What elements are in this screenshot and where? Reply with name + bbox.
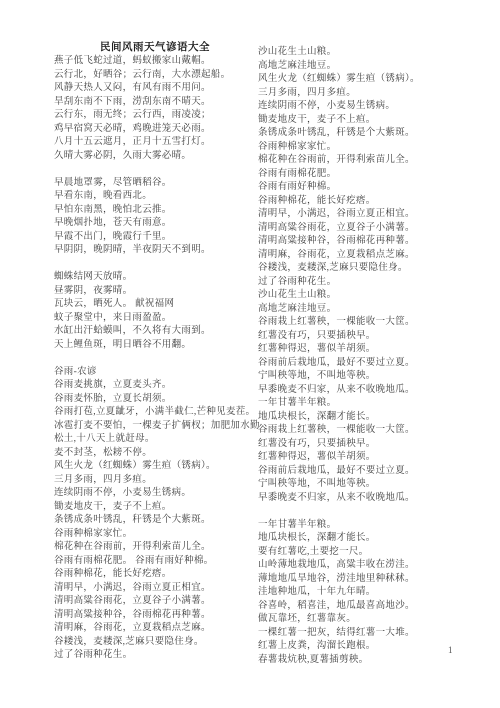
proverb-line — [258, 505, 456, 519]
proverb-line: 红薯种得迟，薯似羊胡须。 — [258, 451, 456, 465]
proverb-line: 连续阴雨不停，小麦易生锈病。 — [258, 100, 456, 114]
proverb-line: 清明早，小满迟，谷雨立夏正相宜。 — [54, 582, 256, 596]
left-column-lines: 燕子低飞蛇过道，蚂蚁搬家山戴帽。云行北，好晒谷；云行南，大水漂起船。风静天热人又… — [54, 55, 256, 663]
proverb-line: 蜘蛛结网天放晴。 — [54, 271, 256, 285]
proverb-line — [54, 352, 256, 366]
proverb-line: 谷雨前后栽地瓜，最好不要过立夏。 — [258, 465, 456, 479]
page-number: 1 — [448, 644, 453, 657]
proverb-line: 瓦块云，晒死人。 献祝福网 — [54, 298, 256, 312]
proverb-line: 清明高粱接种谷，谷雨棉花再种薯。 — [258, 235, 456, 249]
proverb-line: 谷雨栽上红薯秧，一棵能收一大筐。 — [258, 424, 456, 438]
proverb-line: 谷耧浅，麦耧深,芝麻只要隐住身。 — [54, 636, 256, 650]
proverb-line: 旱刮东南不下雨，涝刮东南不晴天。 — [54, 96, 256, 110]
proverb-line: 水缸出汗蛤蟆叫，不久将有大雨到。 — [54, 325, 256, 339]
proverb-line: 谷耧浅，麦耧深,芝麻只要隐住身。 — [258, 262, 456, 276]
proverb-line: 早怕东南黑，晚怕北云推。 — [54, 204, 256, 218]
proverb-line: 棉花种在谷雨前，开得利索苗儿全。 — [54, 541, 256, 555]
proverb-line: 八月十五云遮月，正月十五雪打灯。 — [54, 136, 256, 150]
proverb-line: 清明麻，谷雨花，立夏栽稻点芝麻。 — [258, 249, 456, 263]
right-column-lines: 沙山花生土山粮。高地芝麻洼地豆。风生火龙（红蜘蛛）雾生疸（锈病）。三月多雨，四月… — [258, 46, 456, 667]
proverb-line: 地瓜块根长，深翻才能长。 — [258, 532, 456, 546]
proverb-line: 清明高粱接种谷，谷雨棉花再种薯。 — [54, 609, 256, 623]
proverb-line: 锄麦地皮干，麦子不上疸。 — [54, 501, 256, 515]
proverb-line — [54, 163, 256, 177]
proverb-line: 锄麦地皮干，麦子不上疸。 — [258, 114, 456, 128]
proverb-line: 风生火龙（红蜘蛛）雾生疸（锈病）。 — [54, 460, 256, 474]
proverb-line: 燕子低飞蛇过道，蚂蚁搬家山戴帽。 — [54, 55, 256, 69]
proverb-line: 谷雨有雨棉花肥。 谷雨有雨好种棉。 — [54, 555, 256, 569]
proverb-line: 早黍晚麦不归家，从来不收晚地瓜。 — [258, 384, 456, 398]
proverb-line: 连续阴雨不停，小麦易生锈病。 — [54, 487, 256, 501]
proverb-line: 宁叫秧等地，不叫地等秧。 — [258, 478, 456, 492]
proverb-line: 谷雨种棉家家忙。 — [54, 528, 256, 542]
proverb-line: 要有红薯吃,土要挖一尺。 — [258, 546, 456, 560]
proverb-line: 谷雨麦挑旗，立夏麦头齐。 — [54, 379, 256, 393]
proverb-line: 洼地种地瓜，十年九年晴。 — [258, 586, 456, 600]
proverb-line: 天上鲤鱼斑，明日晒谷不用翻。 — [54, 339, 256, 353]
proverb-line: 沙山花生土山粮。 — [258, 289, 456, 303]
proverb-line: 昼雾阴，夜雾晴。 — [54, 285, 256, 299]
proverb-line: 沙山花生土山粮。 — [258, 46, 456, 60]
proverb-line: 地瓜块根长，深翻才能长。 — [258, 411, 456, 425]
proverb-line: 谷雨打苞,立夏龇牙，小满半截仁,芒种见麦茬。 — [54, 406, 256, 420]
proverb-line: 谷雨-农谚 — [54, 366, 256, 380]
proverb-line: 一年甘薯半年粮。 — [258, 397, 456, 411]
proverb-line: 早晚烟扑地，苍天有雨意。 — [54, 217, 256, 231]
proverb-line: 清明早，小满迟，谷雨立夏正相宜。 — [258, 208, 456, 222]
proverb-line: 三月多雨，四月多疸。 — [54, 474, 256, 488]
proverb-line: 早霞不出门，晚霞行千里。 — [54, 231, 256, 245]
proverb-line: 春薯栽炕秧,夏薯插剪秧。 — [258, 654, 456, 668]
proverb-line: 清明麻，谷雨花，立夏栽稻点芝麻。 — [54, 622, 256, 636]
proverb-line: 久晴大雾必阴，久雨大雾必晴。 — [54, 150, 256, 164]
proverb-line: 谷雨麦怀胎，立夏长胡须。 — [54, 393, 256, 407]
proverb-line: 条锈成条叶锈乱，秆锈是个大紫斑。 — [54, 514, 256, 528]
proverb-line: 薄地地瓜旱地谷，涝洼地里种秫秫。 — [258, 573, 456, 587]
proverb-line: 谷雨有雨棉花肥。 — [258, 168, 456, 182]
proverb-line: 早看东南，晚看西北。 — [54, 190, 256, 204]
proverb-line: 做瓦靠坯，红薯靠灰。 — [258, 613, 456, 627]
proverb-line: 冰雹打麦不要怕，一棵麦子扩俩杈；加肥加水勤 — [54, 420, 256, 434]
proverb-line: 清明高粱谷雨花，立夏谷子小满薯。 — [258, 222, 456, 236]
page-title: 民间风雨天气谚语大全 — [54, 41, 256, 55]
proverb-line: 高地芝麻洼地豆。 — [258, 60, 456, 74]
proverb-line: 早黍晚麦不归家，从来不收晚地瓜。 — [258, 492, 456, 506]
proverb-line: 松土,十八天上就赶母。 — [54, 433, 256, 447]
proverb-line: 麦不封茎，松耪不停。 — [54, 447, 256, 461]
proverb-line: 风生火龙（红蜘蛛）雾生疸（锈病）。 — [258, 73, 456, 87]
proverb-line: 风静天热人又闷，有风有雨不用问。 — [54, 82, 256, 96]
proverb-line: 云行北，好晒谷；云行南，大水漂起船。 — [54, 69, 256, 83]
proverb-line: 谷雨有雨好种棉。 — [258, 181, 456, 195]
proverb-line: 宁叫秧等地，不叫地等秧。 — [258, 370, 456, 384]
document-page: 民间风雨天气谚语大全 燕子低飞蛇过道，蚂蚁搬家山戴帽。云行北，好晒谷；云行南，大… — [0, 0, 500, 708]
left-column: 民间风雨天气谚语大全 燕子低飞蛇过道，蚂蚁搬家山戴帽。云行北，好晒谷；云行南，大… — [54, 41, 256, 663]
proverb-line: 谷雨种棉花，能长好疙瘩。 — [258, 195, 456, 209]
proverb-line: 谷雨种棉家家忙。 — [258, 141, 456, 155]
proverb-line: 过了谷雨种花生。 — [54, 649, 256, 663]
proverb-line — [54, 258, 256, 272]
proverb-line: 高地芝麻洼地豆。 — [258, 303, 456, 317]
proverb-line: 谷雨栽上红薯秧，一棵能收一大筐。 — [258, 316, 456, 330]
proverb-line: 山岭薄地栽地瓜，高粱丰收在涝洼。 — [258, 559, 456, 573]
proverb-line: 谷雨种棉花，能长好疙瘩。 — [54, 568, 256, 582]
proverb-line: 蚊子聚堂中，来日雨盈盈。 — [54, 312, 256, 326]
proverb-line: 鸡早宿窝天必晴，鸡晚进笼天必雨。 — [54, 123, 256, 137]
proverb-line: 一棵红薯一把灰，结得红薯一大堆。 — [258, 627, 456, 641]
proverb-line: 清明高粱谷雨花，立夏谷子小满薯。 — [54, 595, 256, 609]
proverb-line: 一年甘薯半年粮。 — [258, 519, 456, 533]
right-column: 沙山花生土山粮。高地芝麻洼地豆。风生火龙（红蜘蛛）雾生疸（锈病）。三月多雨，四月… — [258, 46, 456, 667]
proverb-line: 三月多雨，四月多疸。 — [258, 87, 456, 101]
proverb-line: 棉花种在谷雨前，开得利索苗儿全。 — [258, 154, 456, 168]
proverb-line: 红薯种得迟，薯似羊胡须。 — [258, 343, 456, 357]
proverb-line: 云行东，雨无终；云行西，雨凌凌； — [54, 109, 256, 123]
proverb-line: 红薯上皮粪，沟溜长跑根。 — [258, 640, 456, 654]
proverb-line: 红薯没有巧，只要插秧早。 — [258, 438, 456, 452]
proverb-line: 过了谷雨种花生。 — [258, 276, 456, 290]
proverb-line: 谷雨前后栽地瓜，最好不要过立夏。 — [258, 357, 456, 371]
proverb-line: 早阴阴，晚阴晴，半夜阴天不到明。 — [54, 244, 256, 258]
proverb-line: 谷喜岭，稻喜洼，地瓜最喜高地沙。 — [258, 600, 456, 614]
proverb-line: 条锈成条叶锈乱，秆锈是个大紫斑。 — [258, 127, 456, 141]
proverb-line: 早晨地罩雾，尽管晒稻谷。 — [54, 177, 256, 191]
proverb-line: 红薯没有巧，只要插秧早。 — [258, 330, 456, 344]
